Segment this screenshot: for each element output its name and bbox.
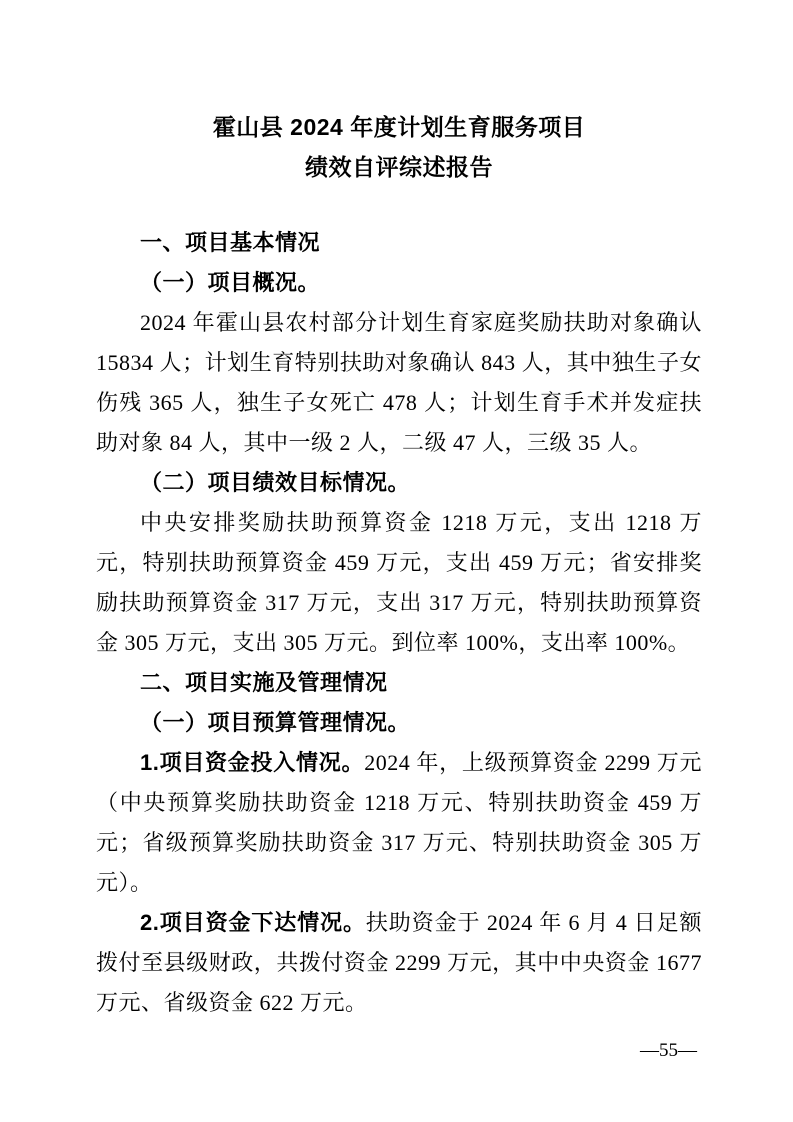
heading-section-2-sub-1: （一）项目预算管理情况。 <box>96 703 702 743</box>
funding-release-label: 2.项目资金下达情况。 <box>140 910 366 935</box>
funding-input-label: 1.项目资金投入情况。 <box>140 750 364 775</box>
title-spacer <box>96 187 702 223</box>
heading-section-1-sub-2: （二）项目绩效目标情况。 <box>96 463 702 503</box>
paragraph-funding-input: 1.项目资金投入情况。2024 年，上级预算资金 2299 万元（中央预算奖励扶… <box>96 743 702 903</box>
title-line-2: 绩效自评综述报告 <box>96 147 702 187</box>
page-number: —55— <box>640 1040 697 1061</box>
page-footer: —55— <box>640 1040 697 1062</box>
paragraph-project-overview: 2024 年霍山县农村部分计划生育家庭奖励扶助对象确认 15834 人；计划生育… <box>96 303 702 463</box>
paragraph-performance-targets: 中央安排奖励扶助预算资金 1218 万元，支出 1218 万元，特别扶助预算资金… <box>96 503 702 663</box>
heading-section-1-sub-1: （一）项目概况。 <box>96 263 702 303</box>
title-line-1: 霍山县 2024 年度计划生育服务项目 <box>96 107 702 147</box>
heading-section-2: 二、项目实施及管理情况 <box>96 663 702 703</box>
document-page: 霍山县 2024 年度计划生育服务项目 绩效自评综述报告 一、项目基本情况 （一… <box>0 0 793 1122</box>
paragraph-funding-release: 2.项目资金下达情况。扶助资金于 2024 年 6 月 4 日足额拨付至县级财政… <box>96 903 702 1023</box>
document-title: 霍山县 2024 年度计划生育服务项目 绩效自评综述报告 <box>96 107 702 187</box>
heading-section-1: 一、项目基本情况 <box>96 223 702 263</box>
document-content: 霍山县 2024 年度计划生育服务项目 绩效自评综述报告 一、项目基本情况 （一… <box>96 107 702 1023</box>
